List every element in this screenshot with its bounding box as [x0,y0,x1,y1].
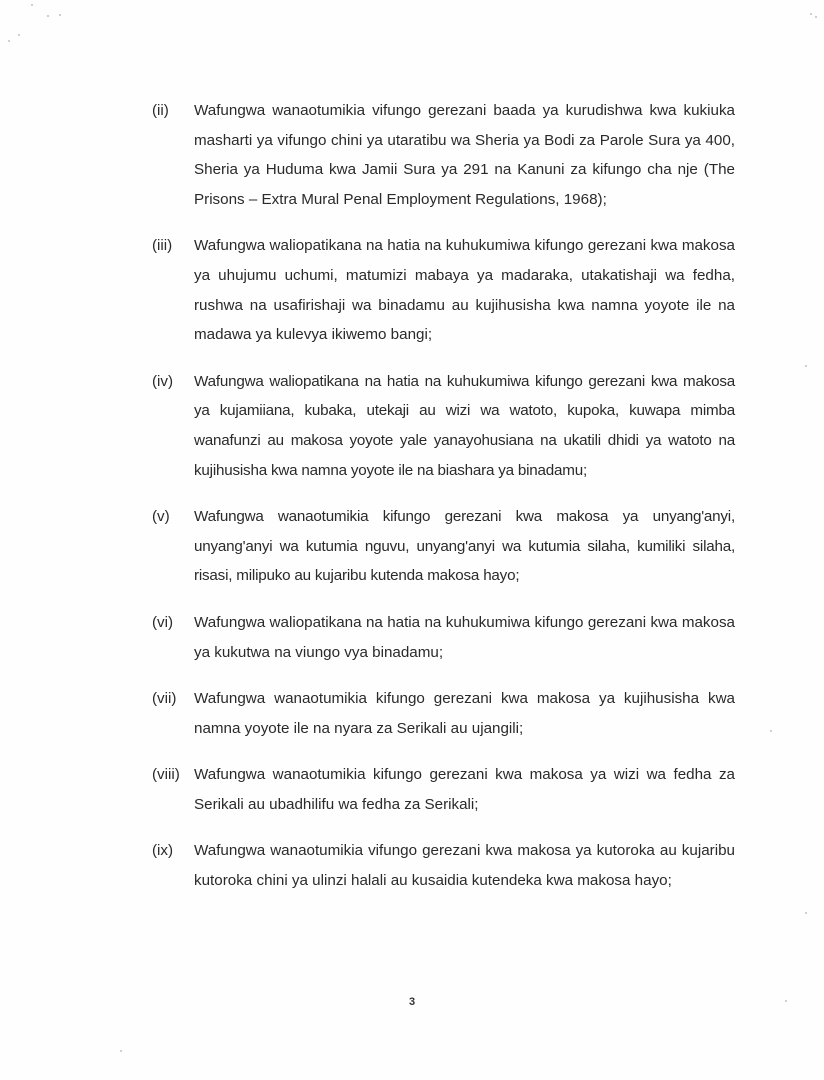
scan-speck [815,16,817,18]
scan-speck [31,4,33,6]
list-item-number: (ix) [152,836,173,866]
list-item-number: (v) [152,502,170,532]
scan-speck [120,1050,122,1052]
list-item-number: (iv) [152,367,173,397]
list-item-text: Wafungwa waliopatikana na hatia na kuhuk… [194,367,735,485]
scan-speck [805,912,807,914]
list-item: (iv) Wafungwa waliopatikana na hatia na … [152,367,735,485]
scan-speck [805,365,807,367]
list-item-text: Wafungwa wanaotumikia kifungo gerezani k… [194,684,735,743]
list-item: (v) Wafungwa wanaotumikia kifungo gereza… [152,502,735,591]
scan-speck [59,14,61,16]
list-item-text: Wafungwa wanaotumikia kifungo gerezani k… [194,502,735,591]
scan-speck [18,34,20,36]
list-item: (ix) Wafungwa wanaotumikia vifungo gerez… [152,836,735,895]
document-page: (ii) Wafungwa wanaotumikia vifungo gerez… [0,0,824,1080]
scan-speck [47,15,49,17]
list-item-number: (viii) [152,760,180,790]
list-item-text: Wafungwa waliopatikana na hatia na kuhuk… [194,231,735,349]
list-item: (vi) Wafungwa waliopatikana na hatia na … [152,608,735,667]
list-item: (vii) Wafungwa wanaotumikia kifungo gere… [152,684,735,743]
scan-speck [810,13,812,15]
list-item-number: (vii) [152,684,176,714]
list-item-number: (ii) [152,96,169,126]
page-number: 3 [0,996,824,1008]
scan-speck [8,40,10,42]
list-item: (viii) Wafungwa wanaotumikia kifungo ger… [152,760,735,819]
scan-speck [770,730,772,732]
list-item-text: Wafungwa wanaotumikia kifungo gerezani k… [194,760,735,819]
list-item-number: (vi) [152,608,173,638]
document-body: (ii) Wafungwa wanaotumikia vifungo gerez… [152,96,735,913]
list-item-text: Wafungwa wanaotumikia vifungo gerezani b… [194,96,735,214]
list-item: (ii) Wafungwa wanaotumikia vifungo gerez… [152,96,735,214]
list-item-text: Wafungwa waliopatikana na hatia na kuhuk… [194,608,735,667]
list-item-text: Wafungwa wanaotumikia vifungo gerezani k… [194,836,735,895]
list-item: (iii) Wafungwa waliopatikana na hatia na… [152,231,735,349]
list-item-number: (iii) [152,231,172,261]
